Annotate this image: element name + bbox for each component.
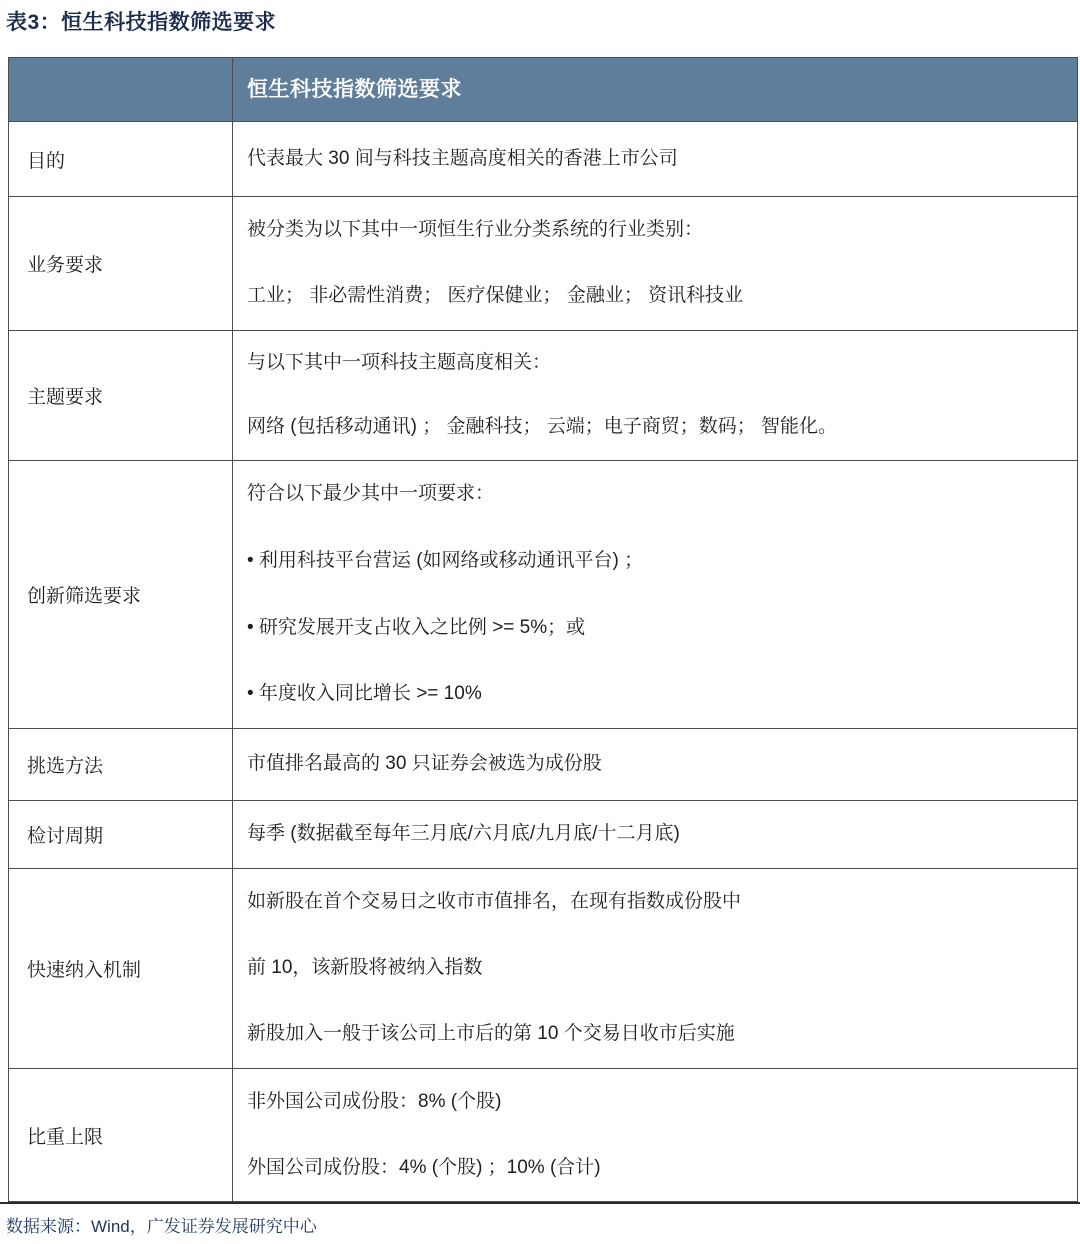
screening-requirements-table: 恒生科技指数筛选要求 目的 代表最大 30 间与科技主题高度相关的香港上市公司 … [8,57,1078,1202]
cell-line-bullet: • 利用科技平台营运 (如网络或移动通讯平台) ； [247,549,1067,574]
row-value-cell: 每季 (数据截至每年三月底/六月底/九月底/十二月底) [233,801,1077,868]
report-table-page: 表3：恒生科技指数筛选要求 恒生科技指数筛选要求 目的 代表最大 30 间与科技… [0,0,1080,1244]
cell-line: 工业； 非必需性消费； 医疗保健业； 金融业； 资讯科技业 [247,284,1067,309]
table-row: 快速纳入机制 如新股在首个交易日之收市市值排名，在现有指数成份股中 前 10，该… [9,869,1077,1069]
table-row: 比重上限 非外国公司成份股：8% (个股) 外国公司成份股：4% (个股) ；1… [9,1069,1077,1201]
data-source-note: 数据来源：Wind，广发证券发展研究中心 [6,1212,317,1237]
cell-line: 市值排名最高的 30 只证券会被选为成份股 [247,752,1067,777]
row-value-cell: 市值排名最高的 30 只证券会被选为成份股 [233,729,1077,800]
cell-line: 符合以下最少其中一项要求： [247,482,1067,507]
table-row: 目的 代表最大 30 间与科技主题高度相关的香港上市公司 [9,122,1077,197]
row-value-cell: 如新股在首个交易日之收市市值排名，在现有指数成份股中 前 10，该新股将被纳入指… [233,869,1077,1068]
cell-line: 代表最大 30 间与科技主题高度相关的香港上市公司 [247,147,1067,172]
cell-line-bullet: • 年度收入同比增长 >= 10% [247,682,1067,707]
row-label: 比重上限 [9,1069,233,1201]
header-title-text: 恒生科技指数筛选要求 [247,76,1067,103]
cell-line-bullet: • 研究发展开支占收入之比例 >= 5%；或 [247,616,1067,641]
table-header-row: 恒生科技指数筛选要求 [9,58,1077,122]
row-value-cell: 被分类为以下其中一项恒生行业分类系统的行业类别： 工业； 非必需性消费； 医疗保… [233,197,1077,330]
row-value-cell: 与以下其中一项科技主题高度相关： 网络 (包括移动通讯) ； 金融科技； 云端；… [233,331,1077,460]
table-row: 业务要求 被分类为以下其中一项恒生行业分类系统的行业类别： 工业； 非必需性消费… [9,197,1077,331]
header-title-cell: 恒生科技指数筛选要求 [233,58,1077,121]
cell-line: 被分类为以下其中一项恒生行业分类系统的行业类别： [247,218,1067,243]
row-value-cell: 符合以下最少其中一项要求： • 利用科技平台营运 (如网络或移动通讯平台) ； … [233,461,1077,728]
table-title: 表3：恒生科技指数筛选要求 [6,6,276,36]
table-row: 检讨周期 每季 (数据截至每年三月底/六月底/九月底/十二月底) [9,801,1077,869]
table-row: 挑选方法 市值排名最高的 30 只证券会被选为成份股 [9,729,1077,801]
footer-divider [0,1202,1080,1204]
cell-line: 每季 (数据截至每年三月底/六月底/九月底/十二月底) [247,822,1067,847]
row-value-cell: 非外国公司成份股：8% (个股) 外国公司成份股：4% (个股) ；10% (合… [233,1069,1077,1201]
cell-line: 非外国公司成份股：8% (个股) [247,1090,1067,1115]
cell-line: 外国公司成份股：4% (个股) ；10% (合计) [247,1156,1067,1181]
row-label: 检讨周期 [9,801,233,868]
header-empty-cell [9,58,233,121]
row-value-cell: 代表最大 30 间与科技主题高度相关的香港上市公司 [233,122,1077,196]
cell-line: 如新股在首个交易日之收市市值排名，在现有指数成份股中 [247,890,1067,915]
row-label: 挑选方法 [9,729,233,800]
cell-line: 网络 (包括移动通讯) ； 金融科技； 云端；电子商贸；数码； 智能化。 [247,415,1067,440]
cell-line: 新股加入一般于该公司上市后的第 10 个交易日收市后实施 [247,1022,1067,1047]
row-label: 业务要求 [9,197,233,330]
row-label: 主题要求 [9,331,233,460]
row-label: 目的 [9,122,233,196]
row-label: 创新筛选要求 [9,461,233,728]
cell-line: 与以下其中一项科技主题高度相关： [247,351,1067,376]
table-row: 主题要求 与以下其中一项科技主题高度相关： 网络 (包括移动通讯) ； 金融科技… [9,331,1077,461]
row-label: 快速纳入机制 [9,869,233,1068]
table-row: 创新筛选要求 符合以下最少其中一项要求： • 利用科技平台营运 (如网络或移动通… [9,461,1077,729]
cell-line: 前 10，该新股将被纳入指数 [247,956,1067,981]
